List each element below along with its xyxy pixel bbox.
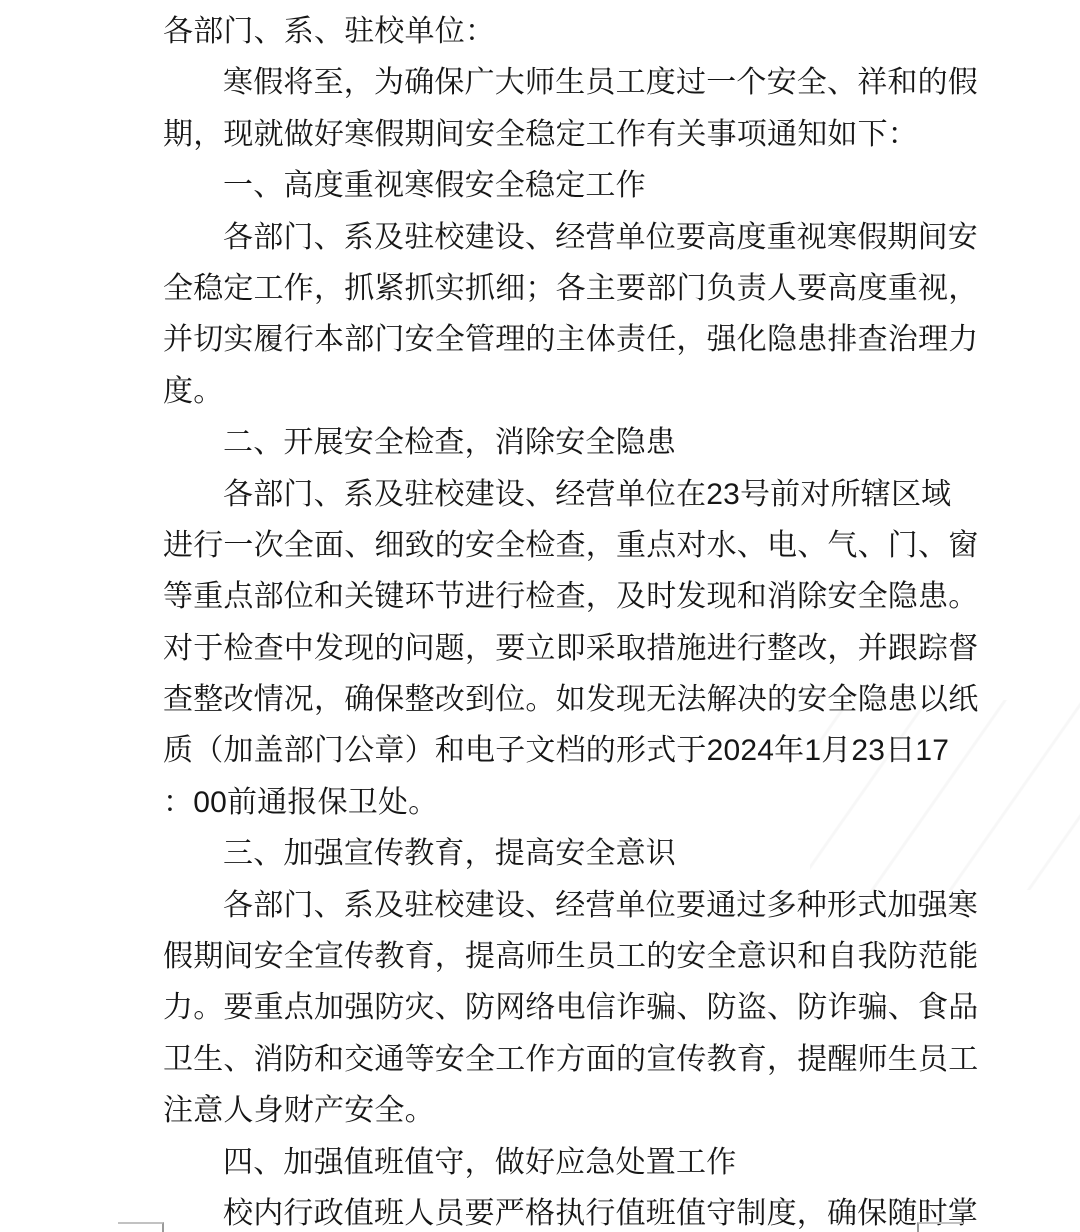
text-line: 卫生、消防和交通等安全工作方面的宣传教育，提醒师生员工 <box>163 1034 921 1085</box>
bottom-edge-partial-box-right <box>917 1222 963 1232</box>
text-line: 全稳定工作，抓紧抓实抓细；各主要部门负责人要高度重视， <box>163 263 921 314</box>
text-line: ：00前通报保卫处。 <box>163 777 921 828</box>
text-line: 一、高度重视寒假安全稳定工作 <box>163 160 921 211</box>
text-line: 各部门、系、驻校单位： <box>163 6 921 57</box>
text-line: 对于检查中发现的问题，要立即采取措施进行整改，并跟踪督 <box>163 623 921 674</box>
text-line: 各部门、系及驻校建设、经营单位在23号前对所辖区域 <box>163 469 921 520</box>
text-line: 寒假将至，为确保广大师生员工度过一个安全、祥和的假 <box>163 57 921 108</box>
bottom-edge-partial-box-left <box>118 1222 164 1232</box>
text-line: 各部门、系及驻校建设、经营单位要高度重视寒假期间安 <box>163 212 921 263</box>
text-line: 质（加盖部门公章）和电子文档的形式于2024年1月23日17 <box>163 725 921 776</box>
text-line: 二、开展安全检查，消除安全隐患 <box>163 417 921 468</box>
text-line: 注意人身财产安全。 <box>163 1085 921 1136</box>
text-line: 等重点部位和关键环节进行检查，及时发现和消除安全隐患。 <box>163 571 921 622</box>
text-line: 度。 <box>163 366 921 417</box>
text-line: 进行一次全面、细致的安全检查，重点对水、电、气、门、窗 <box>163 520 921 571</box>
text-line: 查整改情况，确保整改到位。如发现无法解决的安全隐患以纸 <box>163 674 921 725</box>
text-line: 四、加强值班值守，做好应急处置工作 <box>163 1137 921 1188</box>
text-line: 假期间安全宣传教育，提高师生员工的安全意识和自我防范能 <box>163 931 921 982</box>
text-line: 三、加强宣传教育，提高安全意识 <box>163 828 921 879</box>
text-line: 各部门、系及驻校建设、经营单位要通过多种形式加强寒 <box>163 880 921 931</box>
text-line: 期，现就做好寒假期间安全稳定工作有关事项通知如下： <box>163 109 921 160</box>
text-line: 校内行政值班人员要严格执行值班值守制度，确保随时掌 <box>163 1188 921 1232</box>
document-page: 各部门、系、驻校单位：寒假将至，为确保广大师生员工度过一个安全、祥和的假期，现就… <box>0 0 1080 1232</box>
text-line: 力。要重点加强防灾、防网络电信诈骗、防盗、防诈骗、食品 <box>163 982 921 1033</box>
text-line: 并切实履行本部门安全管理的主体责任，强化隐患排查治理力 <box>163 314 921 365</box>
document-body: 各部门、系、驻校单位：寒假将至，为确保广大师生员工度过一个安全、祥和的假期，现就… <box>163 6 921 1232</box>
